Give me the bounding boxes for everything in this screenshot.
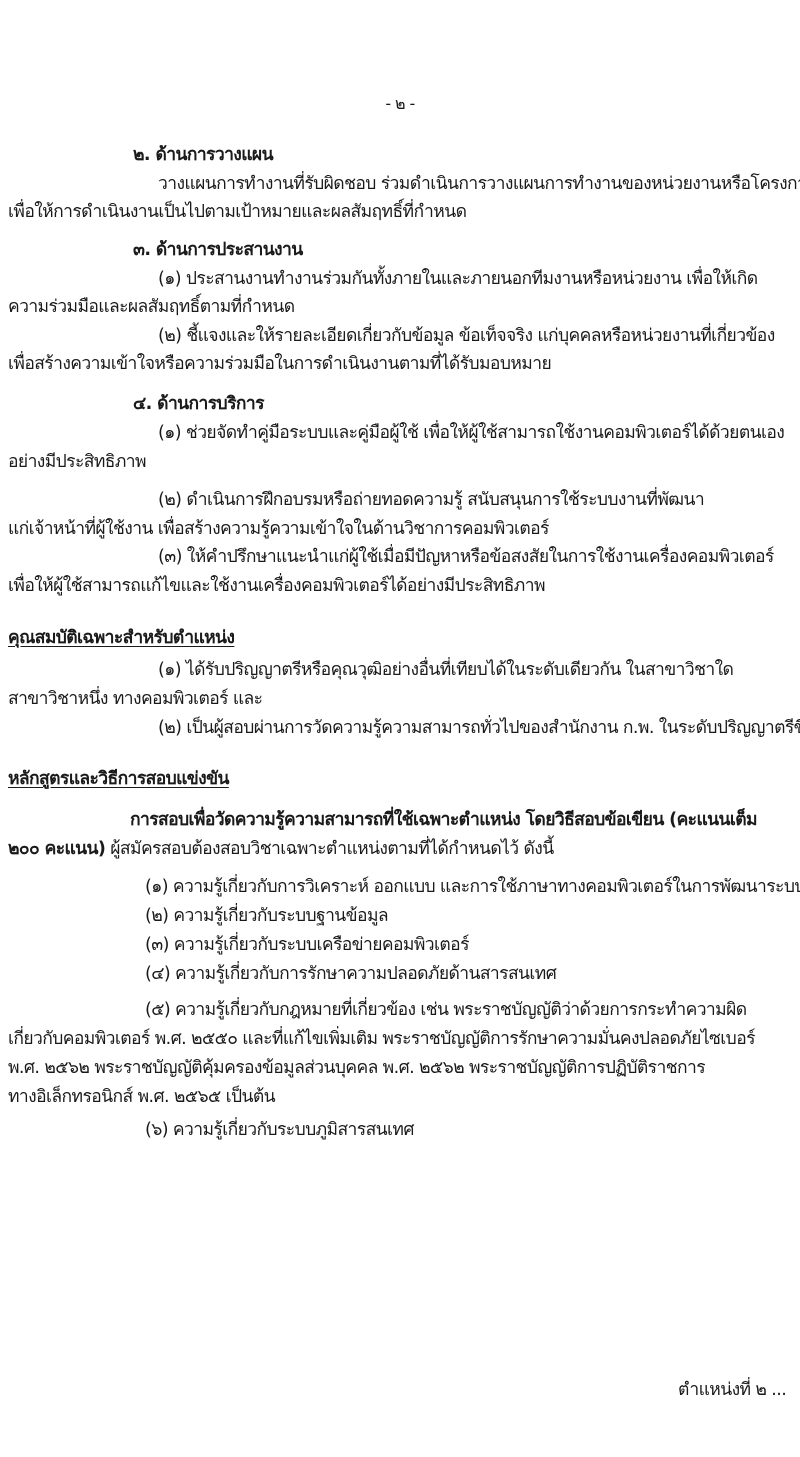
paragraph-line: เพื่อสร้างความเข้าใจหรือความร่วมมือในการ… [8, 352, 551, 376]
paragraph-line: วางแผนการทำงานที่รับผิดชอบ ร่วมดำเนินการ… [158, 172, 800, 196]
paragraph-line: (๑) ช่วยจัดทำคู่มือระบบและคู่มือผู้ใช้ เ… [158, 421, 784, 445]
section-heading-coordination: ๓. ด้านการประสานงาน [133, 238, 303, 262]
exam-intro-line: การสอบเพื่อวัดความรู้ความสามารถที่ใช้เฉพ… [130, 808, 757, 832]
page-number: - ๒ - [0, 92, 800, 116]
exam-item-continuation: พ.ศ. ๒๕๖๒ พระราชบัญญัติคุ้มครองข้อมูลส่ว… [8, 1056, 705, 1080]
paragraph-line: เพื่อให้การดำเนินงานเป็นไปตามเป้าหมายและ… [8, 200, 466, 224]
paragraph-line: แก่เจ้าหน้าที่ผู้ใช้งาน เพื่อสร้างความรู… [8, 517, 549, 541]
exam-item: (๕) ความรู้เกี่ยวกับกฎหมายที่เกี่ยวข้อง … [145, 998, 747, 1022]
paragraph-line: (๒) ดำเนินการฝึกอบรมหรือถ่ายทอดความรู้ ส… [158, 488, 704, 512]
section-heading-exam: หลักสูตรและวิธีการสอบแข่งขัน [8, 767, 229, 791]
exam-item-continuation: ทางอิเล็กทรอนิกส์ พ.ศ. ๒๕๖๕ เป็นต้น [8, 1085, 275, 1109]
section-heading-service: ๔. ด้านการบริการ [133, 392, 264, 416]
exam-item-continuation: เกี่ยวกับคอมพิวเตอร์ พ.ศ. ๒๕๕๐ และที่แก้… [8, 1027, 755, 1051]
paragraph-line: สาขาวิชาหนึ่ง ทางคอมพิวเตอร์ และ [8, 687, 262, 711]
paragraph-line: เพื่อให้ผู้ใช้สามารถแก้ไขและใช้งานเครื่อ… [8, 574, 545, 598]
continuation-note: ตำแหน่งที่ ๒ ... [678, 1378, 786, 1402]
exam-item: (๔) ความรู้เกี่ยวกับการรักษาความปลอดภัยด… [145, 962, 556, 986]
exam-item: (๑) ความรู้เกี่ยวกับการวิเคราะห์ ออกแบบ … [145, 875, 800, 899]
section-heading-planning: ๒. ด้านการวางแผน [133, 143, 273, 167]
exam-intro-line-2: ๒๐๐ คะแนน) ผู้สมัครสอบต้องสอบวิชาเฉพาะตำ… [8, 837, 554, 861]
paragraph-line: อย่างมีประสิทธิภาพ [8, 450, 146, 474]
paragraph-line: (๑) ประสานงานทำงานร่วมกันทั้งภายในและภาย… [158, 267, 758, 291]
exam-item: (๖) ความรู้เกี่ยวกับระบบภูมิสารสนเทศ [145, 1118, 414, 1142]
exam-item: (๒) ความรู้เกี่ยวกับระบบฐานข้อมูล [145, 904, 388, 928]
exam-item: (๓) ความรู้เกี่ยวกับระบบเครือข่ายคอมพิวเ… [145, 933, 469, 957]
paragraph-line: (๒) ชี้แจงและให้รายละเอียดเกี่ยวกับข้อมู… [158, 324, 775, 348]
paragraph-line: (๓) ให้คำปรึกษาแนะนำแก่ผู้ใช้เมื่อมีปัญห… [158, 545, 774, 569]
exam-score: ๒๐๐ คะแนน) [8, 839, 105, 859]
paragraph-line: ความร่วมมือและผลสัมฤทธิ์ตามที่กำหนด [8, 295, 294, 319]
section-heading-qualifications: คุณสมบัติเฉพาะสำหรับตำแหน่ง [8, 626, 234, 650]
paragraph-line: (๑) ได้รับปริญญาตรีหรือคุณวุฒิอย่างอื่นท… [158, 658, 733, 682]
paragraph-line: (๒) เป็นผู้สอบผ่านการวัดความรู้ความสามาร… [158, 716, 800, 740]
exam-intro-rest: ผู้สมัครสอบต้องสอบวิชาเฉพาะตำแหน่งตามที่… [105, 839, 553, 859]
